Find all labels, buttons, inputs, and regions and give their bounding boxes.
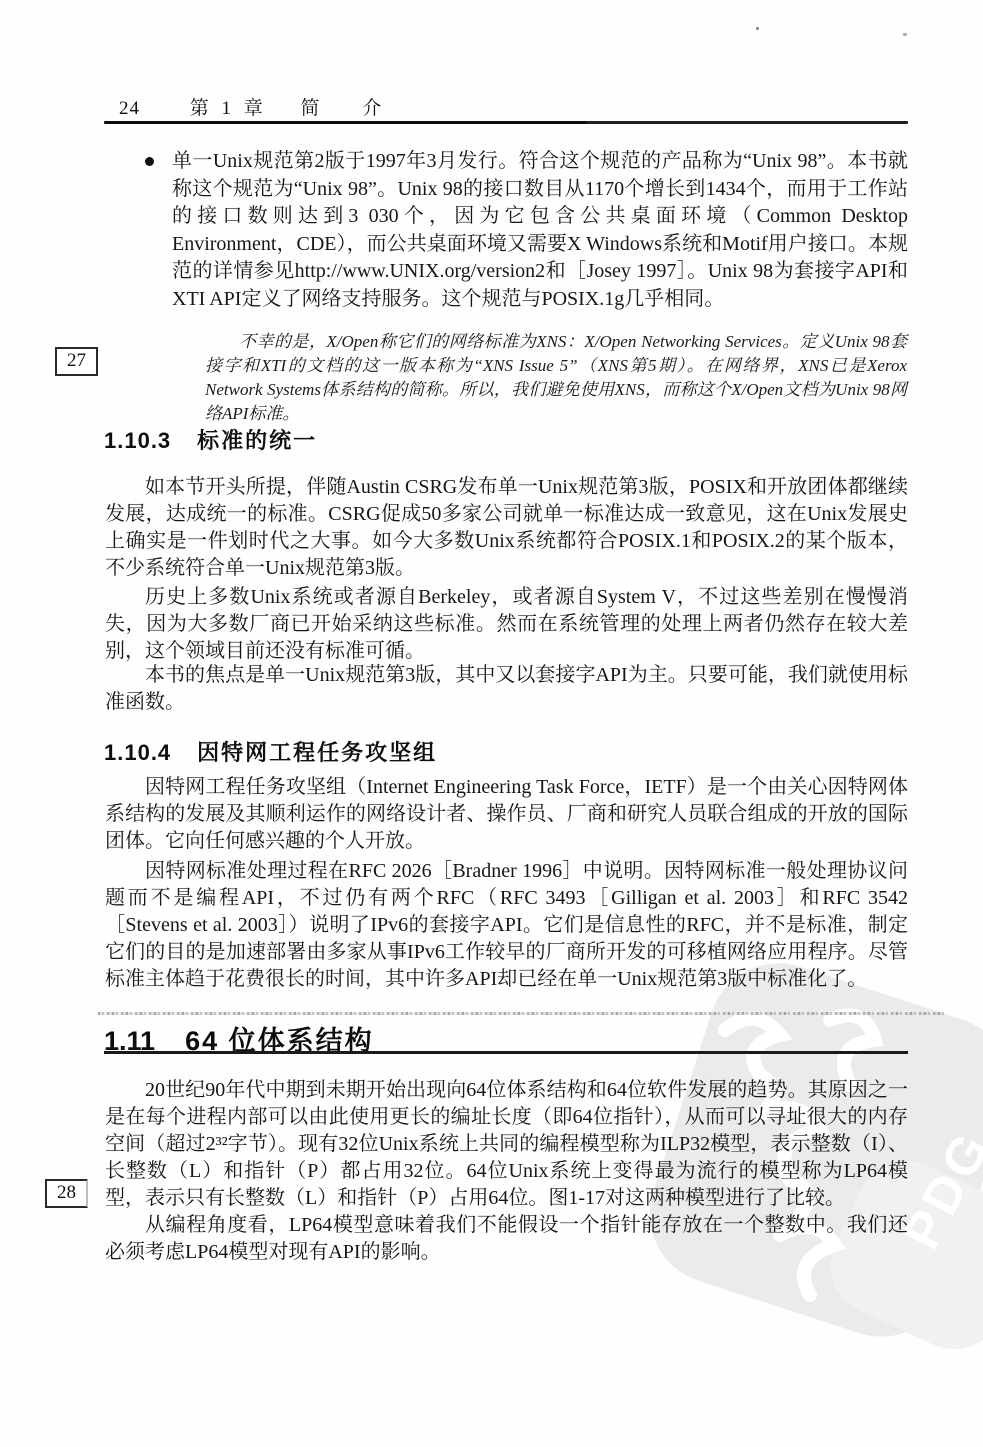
scan-speck xyxy=(756,27,759,30)
paragraph: 如本节开头所提，伴随Austin CSRG发布单一Unix规范第3版，POSIX… xyxy=(105,474,908,582)
section-number: 1.10.4 xyxy=(104,740,171,765)
running-head: 24 第 1 章 简 介 xyxy=(105,93,908,120)
section-number: 1.10.3 xyxy=(104,428,171,453)
scan-speck xyxy=(903,33,907,36)
chapter-title-char2: 介 xyxy=(362,93,382,120)
section-title: 标准的统一 xyxy=(197,428,317,453)
scan-noise-rule xyxy=(98,1012,944,1015)
paragraph: 本书的焦点是单一Unix规范第3版，其中又以套接字API为主。只要可能，我们就使… xyxy=(105,662,908,716)
section-heading-1-10-3: 1.10.3标准的统一 xyxy=(104,424,317,455)
section-heading-1-10-4: 1.10.4因特网工程任务攻坚组 xyxy=(104,736,437,767)
paragraph: 因特网标准处理过程在RFC 2026［Bradner 1996］中说明。因特网标… xyxy=(105,858,908,993)
bullet-icon xyxy=(145,157,154,166)
book-page: PDG 24 第 1 章 简 介 27 28 单一Unix规范第2版于1997年… xyxy=(0,0,983,1447)
margin-page-marker-27: 27 xyxy=(55,347,98,376)
chapter-title-char1: 简 xyxy=(301,93,321,120)
paragraph: 因特网工程任务攻坚组（Internet Engineering Task For… xyxy=(105,774,908,855)
margin-page-marker-28: 28 xyxy=(45,1179,88,1208)
section-heading-rule xyxy=(104,1051,908,1054)
section-title: 因特网工程任务攻坚组 xyxy=(197,740,437,765)
paragraph: 20世纪90年代中期到未期开始出现向64位体系结构和64位软件发展的趋势。其原因… xyxy=(105,1077,908,1212)
bullet-list-item: 单一Unix规范第2版于1997年3月发行。符合这个规范的产品称为“Unix 9… xyxy=(145,148,908,313)
paragraph: 历史上多数Unix系统或者源自Berkeley，或者源自System V，不过这… xyxy=(105,584,908,665)
header-rule xyxy=(104,121,908,124)
paragraph: 从编程角度看，LP64模型意味着我们不能假设一个指针能存放在一个整数中。我们还必… xyxy=(105,1212,908,1266)
bullet-item-text: 单一Unix规范第2版于1997年3月发行。符合这个规范的产品称为“Unix 9… xyxy=(172,148,908,313)
page-number: 24 xyxy=(119,98,140,120)
chapter-label: 第 1 章 xyxy=(190,93,267,120)
indented-note: 不幸的是，X/Open称它们的网络标准为XNS：X/Open Networkin… xyxy=(205,330,907,426)
